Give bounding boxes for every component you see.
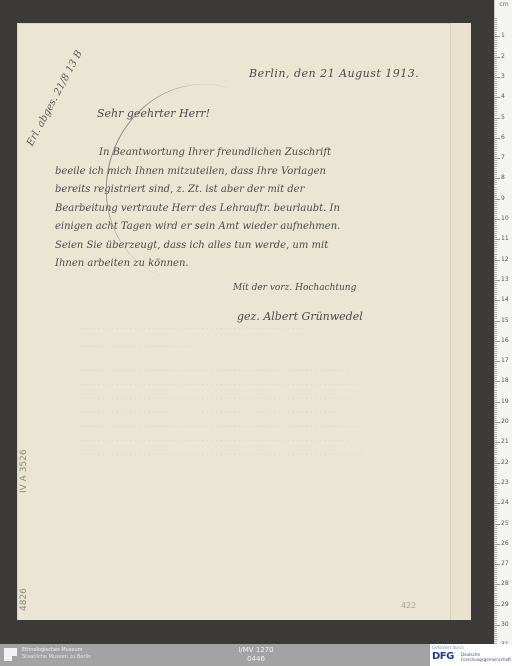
ruler-minor-tick [495, 377, 497, 378]
folio-number: 422 [401, 601, 416, 610]
ruler-minor-tick [495, 400, 497, 401]
ruler-minor-tick [495, 394, 497, 395]
ruler-minor-tick [495, 365, 497, 366]
ruler-minor-tick [495, 379, 497, 380]
page-number: 0446 [226, 655, 286, 664]
typed-line: ........................................… [79, 449, 363, 457]
ruler-minor-tick [495, 237, 497, 238]
ruler-minor-tick [495, 270, 497, 271]
ruler-minor-tick [495, 416, 497, 417]
ruler-minor-tick [495, 428, 497, 429]
ruler-minor-tick [495, 339, 497, 340]
ruler-label: 8 [501, 174, 505, 181]
ruler-minor-tick [495, 363, 497, 364]
ruler-minor-tick [495, 310, 497, 311]
ruler-minor-tick [495, 44, 497, 45]
document-viewer: Berlin, den 21 August 1913. Sehr geehrte… [0, 0, 512, 666]
ruler-major-tick [495, 219, 500, 220]
ruler-major-tick [495, 118, 500, 119]
typed-line: ........................................… [79, 365, 350, 373]
ruler-minor-tick [495, 83, 497, 84]
ruler-label: 12 [501, 256, 509, 263]
ruler-minor-tick [495, 418, 497, 419]
ruler-major-tick [495, 280, 500, 281]
ruler-minor-tick [495, 71, 497, 72]
ruler-major-tick [495, 605, 500, 606]
ruler-major-tick [495, 199, 500, 200]
ruler-minor-tick [495, 302, 497, 303]
ruler-minor-tick [495, 507, 497, 508]
ruler-minor-tick [495, 323, 497, 324]
ruler-minor-tick [495, 357, 497, 358]
ruler-minor-tick [495, 95, 497, 96]
letter-page: Berlin, den 21 August 1913. Sehr geehrte… [17, 23, 471, 620]
ruler-minor-tick [495, 40, 497, 41]
ruler-major-tick [495, 463, 500, 464]
ruler-major-tick [495, 564, 500, 565]
ruler-minor-tick [495, 444, 497, 445]
ruler-minor-tick [495, 534, 497, 535]
ruler-minor-tick [495, 132, 497, 133]
ruler-minor-tick [495, 154, 497, 155]
ruler-label: 29 [501, 601, 509, 608]
ruler-label: 6 [501, 134, 505, 141]
ruler-minor-tick [495, 560, 497, 561]
ruler-minor-tick [495, 574, 497, 575]
ruler-minor-tick [495, 312, 497, 313]
ruler-minor-tick [495, 73, 497, 74]
ruler-minor-tick [495, 152, 497, 153]
ruler-minor-tick [495, 603, 497, 604]
ruler-minor-tick [495, 412, 497, 413]
ruler-label: 16 [501, 337, 509, 344]
ruler-label: 22 [501, 459, 509, 466]
ruler-minor-tick [495, 597, 497, 598]
ruler-label: 28 [501, 580, 509, 587]
ruler-minor-tick [495, 373, 497, 374]
ruler-minor-tick [495, 548, 497, 549]
ruler-minor-tick [495, 578, 497, 579]
ruler-minor-tick [495, 432, 497, 433]
ruler-minor-tick [495, 229, 497, 230]
ruler-minor-tick [495, 150, 497, 151]
ruler-minor-tick [495, 599, 497, 600]
ruler-minor-tick [495, 637, 497, 638]
ruler-minor-tick [495, 473, 497, 474]
ruler-minor-tick [495, 641, 497, 642]
ruler-minor-tick [495, 231, 497, 232]
ruler-minor-tick [495, 489, 497, 490]
ruler-label: 4 [501, 93, 505, 100]
ruler-minor-tick [495, 26, 497, 27]
ruler-minor-tick [495, 542, 497, 543]
ruler-minor-tick [495, 288, 497, 289]
ruler-label: 9 [501, 195, 505, 202]
ruler-label: 13 [501, 276, 509, 283]
ruler-minor-tick [495, 53, 497, 54]
ruler-minor-tick [495, 325, 497, 326]
ruler-minor-tick [495, 221, 497, 222]
ruler-minor-tick [495, 235, 497, 236]
ruler-minor-tick [495, 258, 497, 259]
ruler-minor-tick [495, 306, 497, 307]
ruler-minor-tick [495, 168, 497, 169]
ruler-minor-tick [495, 93, 497, 94]
ruler-minor-tick [495, 75, 497, 76]
ruler-minor-tick [495, 176, 497, 177]
ruler-minor-tick [495, 440, 497, 441]
ruler-minor-tick [495, 209, 497, 210]
ruler-minor-tick [495, 42, 497, 43]
ruler-minor-tick [495, 538, 497, 539]
ruler-minor-tick [495, 582, 497, 583]
ruler-minor-tick [495, 144, 497, 145]
ruler-minor-tick [495, 353, 497, 354]
ruler-minor-tick [495, 371, 497, 372]
ruler-minor-tick [495, 408, 497, 409]
ruler-minor-tick [495, 81, 497, 82]
ruler-minor-tick [495, 457, 497, 458]
ruler-minor-tick [495, 493, 497, 494]
museum-subtitle: Staatliche Museen zu Berlin [22, 654, 91, 661]
ruler-minor-tick [495, 631, 497, 632]
ruler-minor-tick [495, 296, 497, 297]
ruler-minor-tick [495, 191, 497, 192]
ruler-minor-tick [495, 595, 497, 596]
ruler-minor-tick [495, 85, 497, 86]
ruler-minor-tick [495, 568, 497, 569]
ruler-minor-tick [495, 509, 497, 510]
ruler-minor-tick [495, 195, 497, 196]
letter-signature: gez. Albert Grünwedel [237, 310, 363, 323]
ruler-major-tick [495, 138, 500, 139]
ruler-minor-tick [495, 410, 497, 411]
ruler-minor-tick [495, 517, 497, 518]
ruler-major-tick [495, 361, 500, 362]
ruler-minor-tick [495, 459, 497, 460]
ruler-major-tick [495, 178, 500, 179]
ruler-minor-tick [495, 576, 497, 577]
ruler-minor-tick [495, 558, 497, 559]
ruler-minor-tick [495, 375, 497, 376]
ruler-major-tick [495, 402, 500, 403]
ruler-minor-tick [495, 392, 497, 393]
ruler-minor-tick [495, 256, 497, 257]
ruler-minor-tick [495, 434, 497, 435]
ruler-minor-tick [495, 499, 497, 500]
ruler-minor-tick [495, 130, 497, 131]
ruler-minor-tick [495, 430, 497, 431]
ruler-minor-tick [495, 266, 497, 267]
ruler-minor-tick [495, 450, 497, 451]
ruler-minor-tick [495, 142, 497, 143]
ruler-major-tick [495, 97, 500, 98]
ruler-minor-tick [495, 251, 497, 252]
ruler-minor-tick [495, 67, 497, 68]
ruler-major-tick [495, 239, 500, 240]
ruler-minor-tick [495, 572, 497, 573]
ruler-minor-tick [495, 607, 497, 608]
ruler-major-tick [495, 77, 500, 78]
ruler-label: 3 [501, 73, 505, 80]
ruler-minor-tick [495, 30, 497, 31]
ruler-minor-tick [495, 367, 497, 368]
ruler-minor-tick [495, 546, 497, 547]
ruler-label: 5 [501, 114, 505, 121]
ruler-major-tick [495, 422, 500, 423]
ruler-minor-tick [495, 343, 497, 344]
ruler-minor-tick [495, 515, 497, 516]
ruler-minor-tick [495, 115, 497, 116]
ruler-minor-tick [495, 184, 497, 185]
ruler-minor-tick [495, 89, 497, 90]
reference-number: I/MV 1270 [226, 646, 286, 655]
ruler-minor-tick [495, 505, 497, 506]
ruler-minor-tick [495, 308, 497, 309]
ruler-label: 17 [501, 357, 509, 364]
typed-line: .......................... [79, 341, 196, 349]
ruler-minor-tick [495, 497, 497, 498]
ruler-minor-tick [495, 479, 497, 480]
ruler-minor-tick [495, 424, 497, 425]
ruler-minor-tick [495, 134, 497, 135]
ruler-minor-tick [495, 396, 497, 397]
ruler-minor-tick [495, 160, 497, 161]
ruler-minor-tick [495, 79, 497, 80]
ruler-minor-tick [495, 385, 497, 386]
ruler-label: 7 [501, 154, 505, 161]
ruler-minor-tick [495, 290, 497, 291]
ruler-minor-tick [495, 349, 497, 350]
ruler-minor-tick [495, 203, 497, 204]
ruler-minor-tick [495, 166, 497, 167]
ruler-minor-tick [495, 217, 497, 218]
ruler-minor-tick [495, 268, 497, 269]
ruler-major-tick [495, 483, 500, 484]
ruler-minor-tick [495, 387, 497, 388]
ruler-minor-tick [495, 213, 497, 214]
ruler-minor-tick [495, 55, 497, 56]
ruler-minor-tick [495, 126, 497, 127]
footer-bar: Ethnologisches Museum Staatliche Museen … [0, 644, 512, 666]
ruler-minor-tick [495, 495, 497, 496]
ruler-label: 18 [501, 377, 509, 384]
ruler-minor-tick [495, 193, 497, 194]
ruler-minor-tick [495, 552, 497, 553]
ruler-label: 19 [501, 398, 509, 405]
ruler-minor-tick [495, 99, 497, 100]
ruler-minor-tick [495, 233, 497, 234]
margin-annotation: Erl. abges. 21/8 13 B [25, 49, 85, 148]
ruler-minor-tick [495, 120, 497, 121]
ruler-major-tick [495, 341, 500, 342]
ruler-minor-tick [495, 611, 497, 612]
ruler-minor-tick [495, 536, 497, 537]
ruler-minor-tick [495, 436, 497, 437]
ruler-minor-tick [495, 351, 497, 352]
ruler-major-tick [495, 321, 500, 322]
ruler-minor-tick [495, 59, 497, 60]
ruler-minor-tick [495, 48, 497, 49]
ruler-minor-tick [495, 629, 497, 630]
ruler-minor-tick [495, 406, 497, 407]
ruler-minor-tick [495, 128, 497, 129]
inventory-number: IV A 3526 [19, 449, 29, 493]
ruler-minor-tick [495, 245, 497, 246]
ruler-minor-tick [495, 243, 497, 244]
ruler-minor-tick [495, 438, 497, 439]
ruler-minor-tick [495, 390, 497, 391]
ruler-minor-tick [495, 627, 497, 628]
margin-initial: B [72, 49, 85, 61]
ruler-minor-tick [495, 201, 497, 202]
ruler-label: 23 [501, 479, 509, 486]
ruler-minor-tick [495, 318, 497, 319]
ruler-minor-tick [495, 528, 497, 529]
ruler-minor-tick [495, 294, 497, 295]
ruler-minor-tick [495, 69, 497, 70]
ruler-minor-tick [495, 156, 497, 157]
ruler-minor-tick [495, 532, 497, 533]
ruler-minor-tick [495, 414, 497, 415]
ruler-minor-tick [495, 485, 497, 486]
ruler-minor-tick [495, 254, 497, 255]
ruler-minor-tick [495, 337, 497, 338]
margin-bracket [78, 58, 316, 308]
ruler-major-tick [495, 544, 500, 545]
ruler-major-tick [495, 584, 500, 585]
ruler-minor-tick [495, 34, 497, 35]
ruler-label: 24 [501, 499, 509, 506]
ruler-minor-tick [495, 331, 497, 332]
ruler-major-tick [495, 260, 500, 261]
ruler-minor-tick [495, 51, 497, 52]
ruler-label: 14 [501, 296, 509, 303]
ruler-major-tick [495, 36, 500, 37]
ruler-minor-tick [495, 335, 497, 336]
ruler-minor-tick [495, 590, 497, 591]
paper-right-edge [451, 23, 471, 620]
ruler-minor-tick [495, 471, 497, 472]
ruler-major-tick [495, 524, 500, 525]
letter-closing: Mit der vorz. Hochachtung [233, 283, 356, 293]
ruler-minor-tick [495, 609, 497, 610]
ruler-minor-tick [495, 111, 497, 112]
ruler-minor-tick [495, 316, 497, 317]
ruler-minor-tick [495, 146, 497, 147]
ruler-minor-tick [495, 521, 497, 522]
ruler-minor-tick [495, 174, 497, 175]
ruler-minor-tick [495, 28, 497, 29]
ruler-minor-tick [495, 426, 497, 427]
ruler-minor-tick [495, 398, 497, 399]
ruler-major-tick [495, 442, 500, 443]
ruler-minor-tick [495, 469, 497, 470]
ruler-minor-tick [495, 24, 497, 25]
typed-line: ........................................… [79, 393, 354, 401]
letter-dateline: Berlin, den 21 August 1913. [249, 67, 419, 80]
ruler-minor-tick [495, 383, 497, 384]
ruler-minor-tick [495, 588, 497, 589]
ruler-minor-tick [495, 329, 497, 330]
funded-by-label: Gefördert durch [432, 645, 464, 650]
ruler-minor-tick [495, 91, 497, 92]
ruler-minor-tick [495, 286, 497, 287]
ruler-minor-tick [495, 566, 497, 567]
ruler-minor-tick [495, 136, 497, 137]
ruler-minor-tick [495, 107, 497, 108]
ruler-minor-tick [495, 550, 497, 551]
ruler-minor-tick [495, 477, 497, 478]
ruler-minor-tick [495, 18, 497, 19]
ruler-minor-tick [495, 580, 497, 581]
ruler-minor-tick [495, 327, 497, 328]
ruler-minor-tick [495, 103, 497, 104]
ruler-minor-tick [495, 109, 497, 110]
ruler-minor-tick [495, 247, 497, 248]
typed-line: ........................................… [79, 407, 359, 415]
ruler-minor-tick [495, 182, 497, 183]
ruler-minor-tick [495, 359, 497, 360]
ruler-minor-tick [495, 65, 497, 66]
ruler-minor-tick [495, 511, 497, 512]
ruler-minor-tick [495, 197, 497, 198]
ruler-minor-tick [495, 22, 497, 23]
ruler-label: 25 [501, 520, 509, 527]
ruler-minor-tick [495, 586, 497, 587]
ruler-minor-tick [495, 211, 497, 212]
typed-line: ........................................… [79, 323, 309, 331]
ruler-minor-tick [495, 621, 497, 622]
ruler-minor-tick [495, 46, 497, 47]
ruler-label: 2 [501, 53, 505, 60]
ruler-label: 11 [501, 235, 509, 242]
ruler-minor-tick [495, 461, 497, 462]
ruler-minor-tick [495, 124, 497, 125]
paper-fold-line [450, 23, 451, 620]
inventory-number-secondary: 4826 [19, 588, 29, 611]
typed-line: ........................................… [79, 435, 350, 443]
ruler-unit: cm [495, 1, 512, 8]
ruler-minor-tick [495, 501, 497, 502]
ruler-minor-tick [495, 87, 497, 88]
dfg-credit: Gefördert durch DFG Deutsche Forschungsg… [430, 644, 512, 666]
ruler-minor-tick [495, 467, 497, 468]
ruler-minor-tick [495, 20, 497, 21]
ruler-major-tick [495, 57, 500, 58]
ruler-minor-tick [495, 205, 497, 206]
typed-line: ........................................… [79, 379, 359, 387]
ruler-minor-tick [495, 180, 497, 181]
ruler-minor-tick [495, 105, 497, 106]
ruler-minor-tick [495, 633, 497, 634]
ruler-minor-tick [495, 282, 497, 283]
ruler-minor-tick [495, 63, 497, 64]
ruler-minor-tick [495, 345, 497, 346]
ruler-label: 21 [501, 438, 509, 445]
ruler-minor-tick [495, 274, 497, 275]
ruler-minor-tick [495, 189, 497, 190]
ruler-minor-tick [495, 298, 497, 299]
ruler-minor-tick [495, 465, 497, 466]
museum-name: Ethnologisches Museum [22, 647, 91, 654]
ruler-major-tick [495, 158, 500, 159]
ruler-minor-tick [495, 278, 497, 279]
ruler-label: 10 [501, 215, 509, 222]
margin-note-text: Erl. abges. 21/8 13 [25, 58, 80, 148]
ruler-minor-tick [495, 101, 497, 102]
dfg-logo-icon: DFG [432, 651, 454, 662]
